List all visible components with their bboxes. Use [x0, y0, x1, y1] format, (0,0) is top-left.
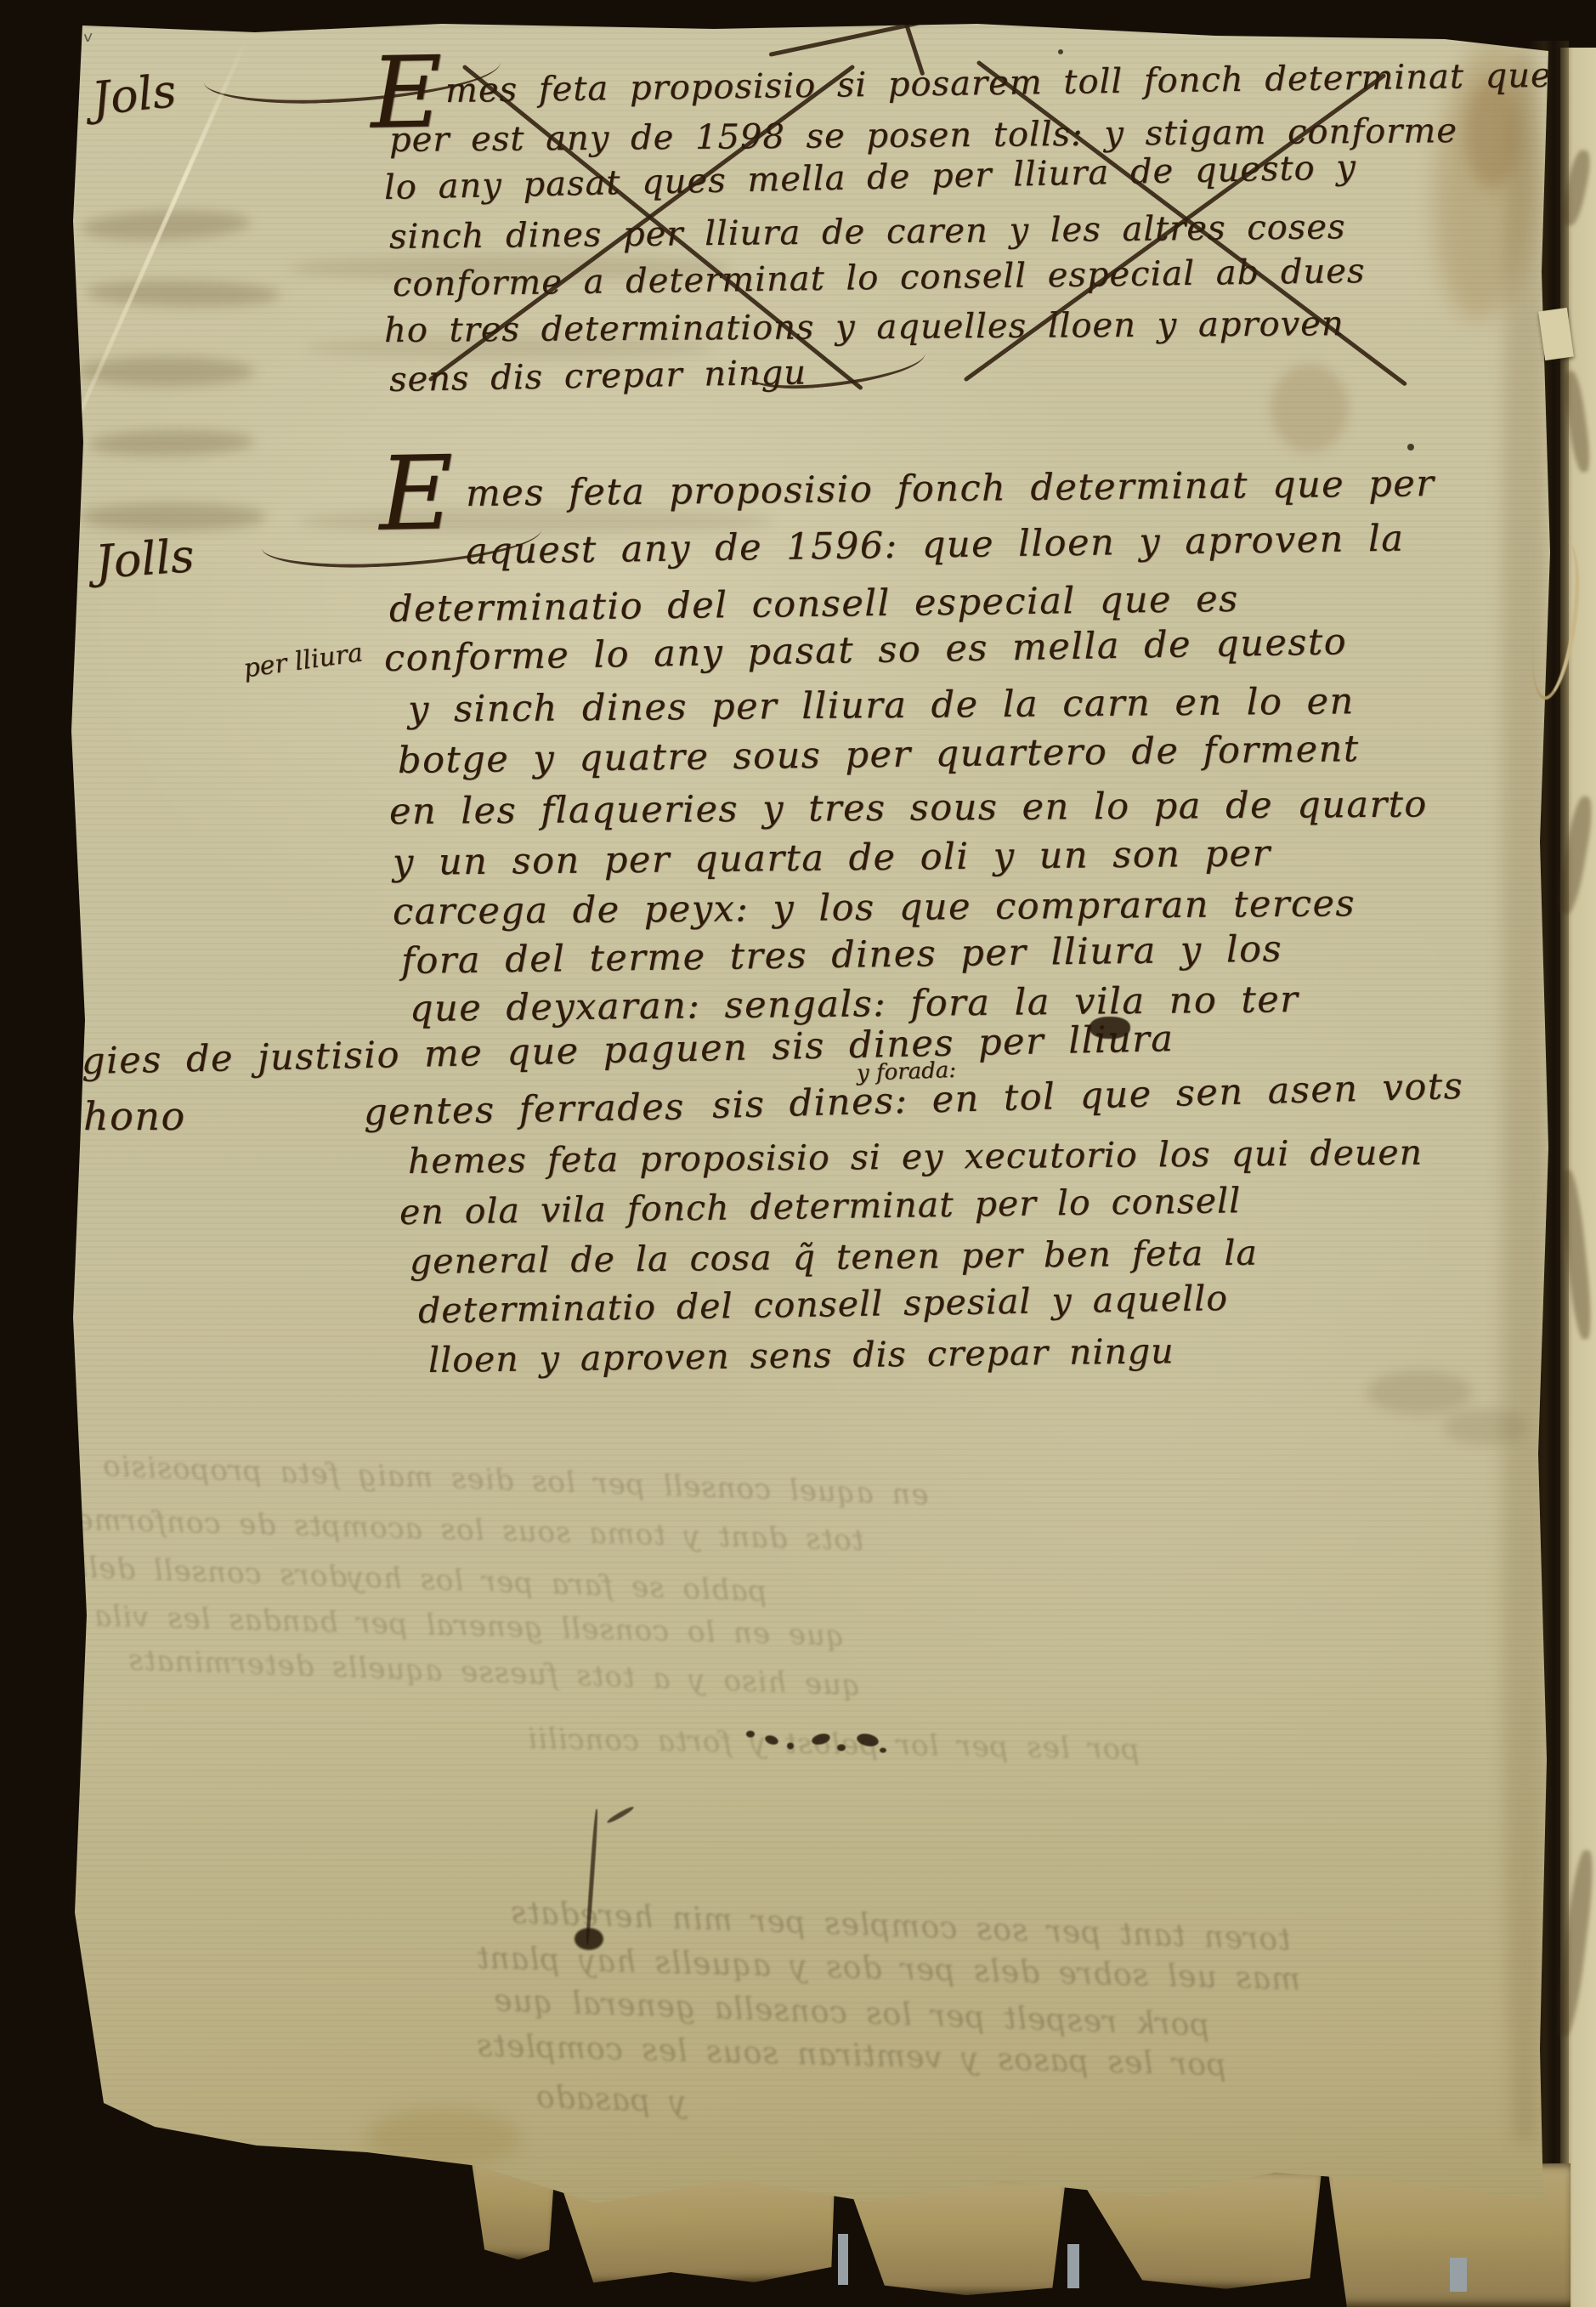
bleedthrough-line: por les per lor pelost y forta concilii [527, 1722, 1140, 1767]
manuscript-line: en les flaqueries y tres sous en lo pa d… [389, 783, 1428, 833]
ink-speck [1407, 444, 1414, 451]
manuscript-scan: 62ᵛ Jols Jolls per lliura E mes feta pro… [0, 0, 1596, 2307]
manuscript-line: determinatio del consell especial que es [389, 578, 1239, 631]
ink-blot [746, 1731, 755, 1737]
manuscript-line: botge y quatre sous per quartero de form… [398, 728, 1360, 782]
backing-chip [1450, 2258, 1467, 2292]
backing-chip [838, 2234, 848, 2285]
bleedthrough-smudge [1443, 1409, 1528, 1445]
manuscript-line: hemes feta proposisio si ey xecutorio lo… [408, 1132, 1423, 1182]
ink-blot [880, 1748, 886, 1753]
manuscript-line: lloen y aproven sens dis crepar ningu [428, 1330, 1174, 1380]
decorated-initial: E [378, 448, 454, 541]
stain [365, 2106, 522, 2168]
manuscript-line: fora del terme tres dines per lliura y l… [401, 928, 1283, 983]
bleedthrough-line: y pasado [535, 2080, 687, 2120]
manuscript-line: mes feta proposisio si posarem toll fonc… [445, 56, 1552, 111]
interline-correction: y forada: [856, 1057, 956, 1086]
margin-insertion: per lliura [241, 638, 365, 683]
manuscript-line: gentes ferrades [364, 1085, 686, 1134]
bleedthrough-smudge [88, 428, 255, 456]
folio-number: 62ᵛ [51, 26, 97, 60]
manuscript-line: hono [83, 1093, 186, 1139]
ink-blot [787, 1743, 794, 1749]
manuscript-line: conforme lo any pasat so es mella de que… [384, 621, 1348, 680]
ink-squiggle [606, 1805, 635, 1824]
manuscript-line: en ola vila fonch determinat per lo cons… [399, 1180, 1242, 1233]
manuscript-line: general de la cosa q̃ tenen per ben feta… [410, 1233, 1258, 1282]
bleedthrough-smudge [85, 279, 280, 308]
margin-note-jols: Jols [89, 64, 178, 126]
cross-out-stroke [768, 12, 960, 57]
bleedthrough-smudge [1367, 1370, 1472, 1414]
bleedthrough-line: que hiso y a tots fuesse aquells determi… [127, 1643, 862, 1703]
manuscript-line: ho tres determinations y aquelles lloen … [384, 304, 1344, 350]
manuscript-line: sis dines: en tol que sen asen vots [711, 1065, 1463, 1127]
bleedthrough-line: en aquel consell per los dies maig feta … [102, 1449, 930, 1512]
manuscript-line: carcega de peyx: y los que compraran ter… [393, 882, 1355, 933]
ink-blot [574, 1928, 603, 1950]
bleedthrough-line: pablo se fara per los hoydors consell de… [59, 1550, 768, 1608]
stain [1503, 51, 1547, 2142]
margin-note-jolls: Jolls [93, 529, 196, 589]
bleedthrough-smudge [80, 503, 267, 530]
stain [1271, 364, 1349, 452]
ink-blot [837, 1744, 846, 1751]
backing-chip [1067, 2244, 1079, 2288]
ink-speck [1058, 49, 1063, 54]
manuscript-line: mes feta proposisio fonch determinat que… [466, 462, 1435, 515]
manuscript-line: y sinch dines per lliura de la carn en l… [408, 680, 1355, 731]
manuscript-page: 62ᵛ Jols Jolls per lliura E mes feta pro… [0, 0, 1596, 2307]
manuscript-line: determinatio del consell spesial y aquel… [418, 1278, 1229, 1331]
ink-blot [1089, 1017, 1130, 1039]
manuscript-line: y un son per quarta de oli y un son per [393, 832, 1271, 884]
bleedthrough-line: tots dant y toma sous los acompts de con… [59, 1503, 864, 1558]
